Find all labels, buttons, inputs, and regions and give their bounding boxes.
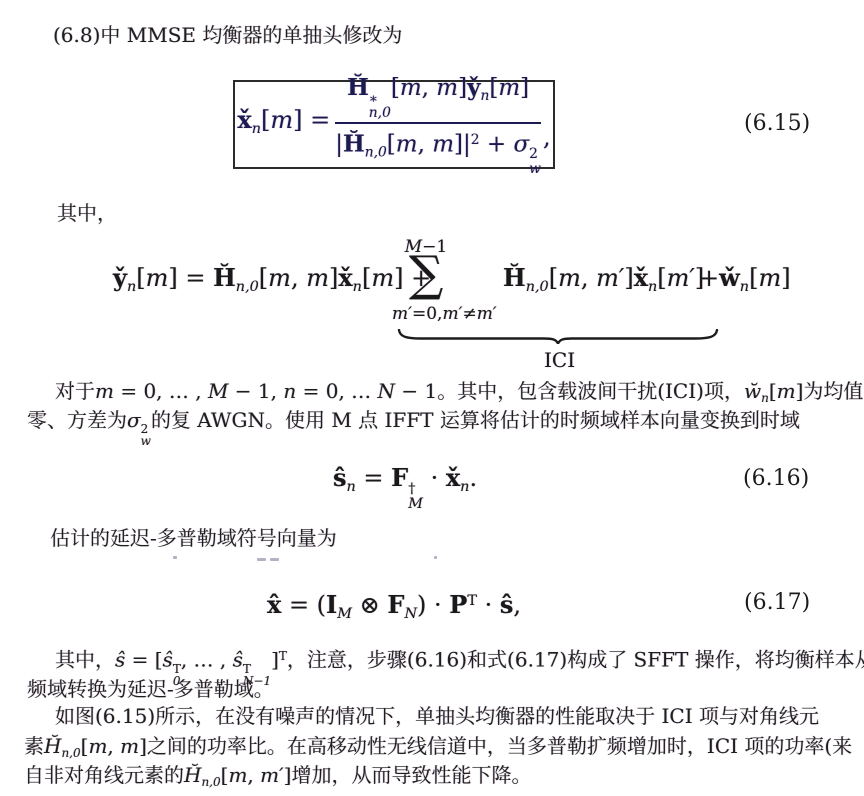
eq15-numerator: H̆∗n,0[m, m]y̌n[m] bbox=[347, 73, 529, 119]
scan-artifact-dot bbox=[173, 556, 177, 559]
document-page: { "page": {"bg": "#ffffff", "text_color"… bbox=[0, 0, 864, 796]
eq17-number: (6.17) bbox=[744, 590, 810, 616]
paragraph-perf-line1: 如图(6.15)所示，在没有噪声的情况下，单抽头均衡器的性能取决于 ICI 项与… bbox=[55, 703, 819, 729]
ici-eq-left: y̌n[m] = H̆n,0[m, m]x̌n[m] + bbox=[113, 262, 431, 303]
ici-eq-right: H̆n,0[m, m′]x̌n[m′] bbox=[503, 262, 704, 303]
ici-eq-tail: +w̌n[m] bbox=[699, 262, 791, 303]
paragraph-perf-line3: 自非对角线元素的H̆n,0[m, m′]增加，从而导致性能下降。 bbox=[24, 762, 531, 795]
equation-6-16: ŝn = F†M · x̌n. bbox=[333, 462, 477, 512]
fraction-bar bbox=[335, 122, 541, 124]
equation-6-15-box: x̌n[m] = H̆∗n,0[m, m]y̌n[m] |H̆n,0[m, m]… bbox=[233, 80, 555, 169]
eq15-denominator: |H̆n,0[m, m]|2 + σ2w bbox=[335, 126, 541, 176]
sum-lower-limit: m′=0,m′≠m′ bbox=[392, 305, 497, 324]
eq15-number: (6.15) bbox=[744, 111, 810, 137]
where-line: 其中， bbox=[57, 200, 117, 226]
underbrace bbox=[397, 329, 719, 344]
intro-line: (6.8)中 MMSE 均衡器的单抽头修改为 bbox=[53, 22, 402, 48]
eq16-number: (6.16) bbox=[743, 466, 809, 492]
equation-6-17: x̂ = (IM ⊗ FN) · PT · ŝ, bbox=[267, 585, 521, 630]
paragraph-sfft-line2: 频域转换为延迟-多普勒域。 bbox=[27, 676, 274, 702]
scan-artifact-dot bbox=[434, 556, 437, 559]
paragraph-estimate: 估计的延迟-多普勒域符号向量为 bbox=[50, 525, 337, 551]
ici-brace-label: ICI bbox=[544, 344, 575, 376]
scan-artifact-dash bbox=[257, 558, 266, 561]
paragraph-range-line2: 零、方差为σ2w的复 AWGN。使用 M 点 IFFT 运算将估计的时频域样本向… bbox=[27, 407, 800, 448]
eq15-fraction: H̆∗n,0[m, m]y̌n[m] |H̆n,0[m, m]|2 + σ2w bbox=[335, 73, 541, 175]
scan-artifact-dash bbox=[270, 558, 279, 561]
eq15-comma: , bbox=[543, 121, 551, 153]
summation-sigma: ∑ bbox=[409, 252, 443, 296]
eq15-lhs: x̌n[m] = bbox=[237, 104, 330, 145]
